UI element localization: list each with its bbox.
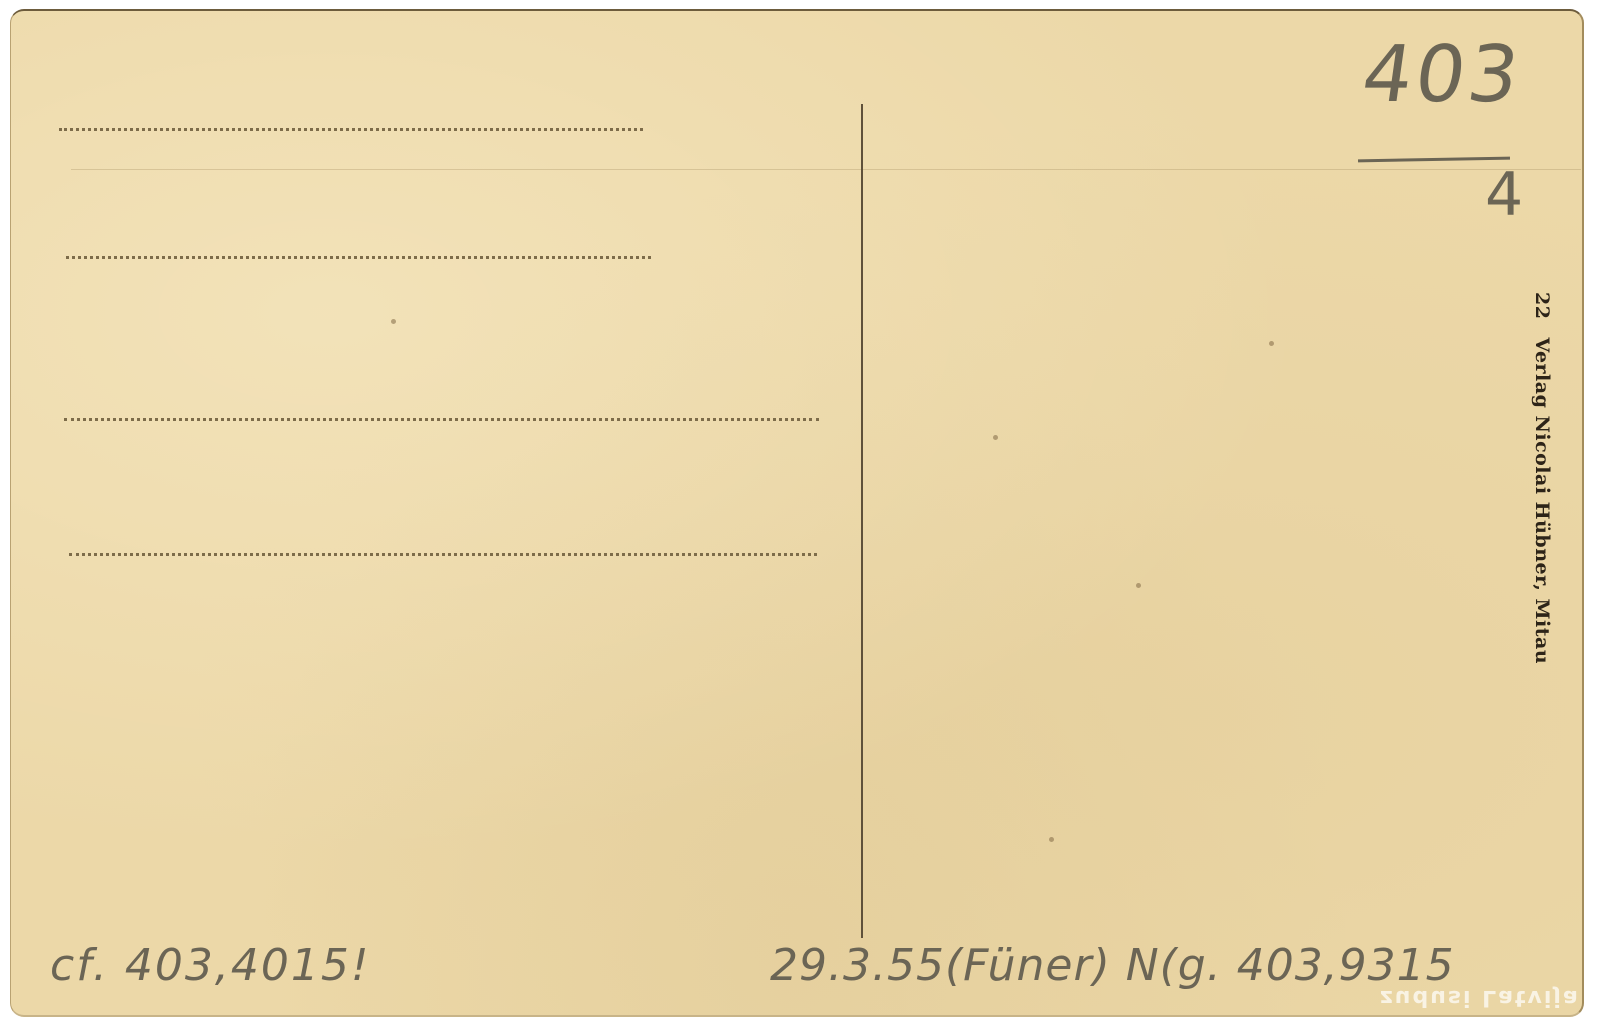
fold-crease xyxy=(71,169,1581,170)
paper-speck xyxy=(1049,837,1054,842)
handwritten-catalog-number: 403 xyxy=(1357,30,1528,120)
address-line-3 xyxy=(64,418,819,421)
handwritten-note-reference: cf. 403,4015! xyxy=(50,940,370,991)
paper-speck xyxy=(993,435,998,440)
publisher-number: 22 xyxy=(1531,292,1553,319)
publisher-imprint: 22Verlag Nicolai Hübner, Mitau xyxy=(1530,292,1554,664)
handwritten-catalog-subnumber: 4 xyxy=(1485,160,1525,230)
watermark: zudusi Latvija xyxy=(1380,985,1580,1010)
paper-speck xyxy=(1136,583,1141,588)
postcard-back xyxy=(10,9,1584,1017)
address-line-4 xyxy=(69,553,817,556)
center-divider-line xyxy=(861,104,863,938)
paper-speck xyxy=(1269,341,1274,346)
address-line-1 xyxy=(59,128,643,131)
paper-speck xyxy=(391,319,396,324)
publisher-text: Verlag Nicolai Hübner, Mitau xyxy=(1531,337,1553,664)
address-line-2 xyxy=(66,256,651,259)
handwritten-note-date: 29.3.55(Füner) N(g. 403,9315 xyxy=(770,940,1455,991)
